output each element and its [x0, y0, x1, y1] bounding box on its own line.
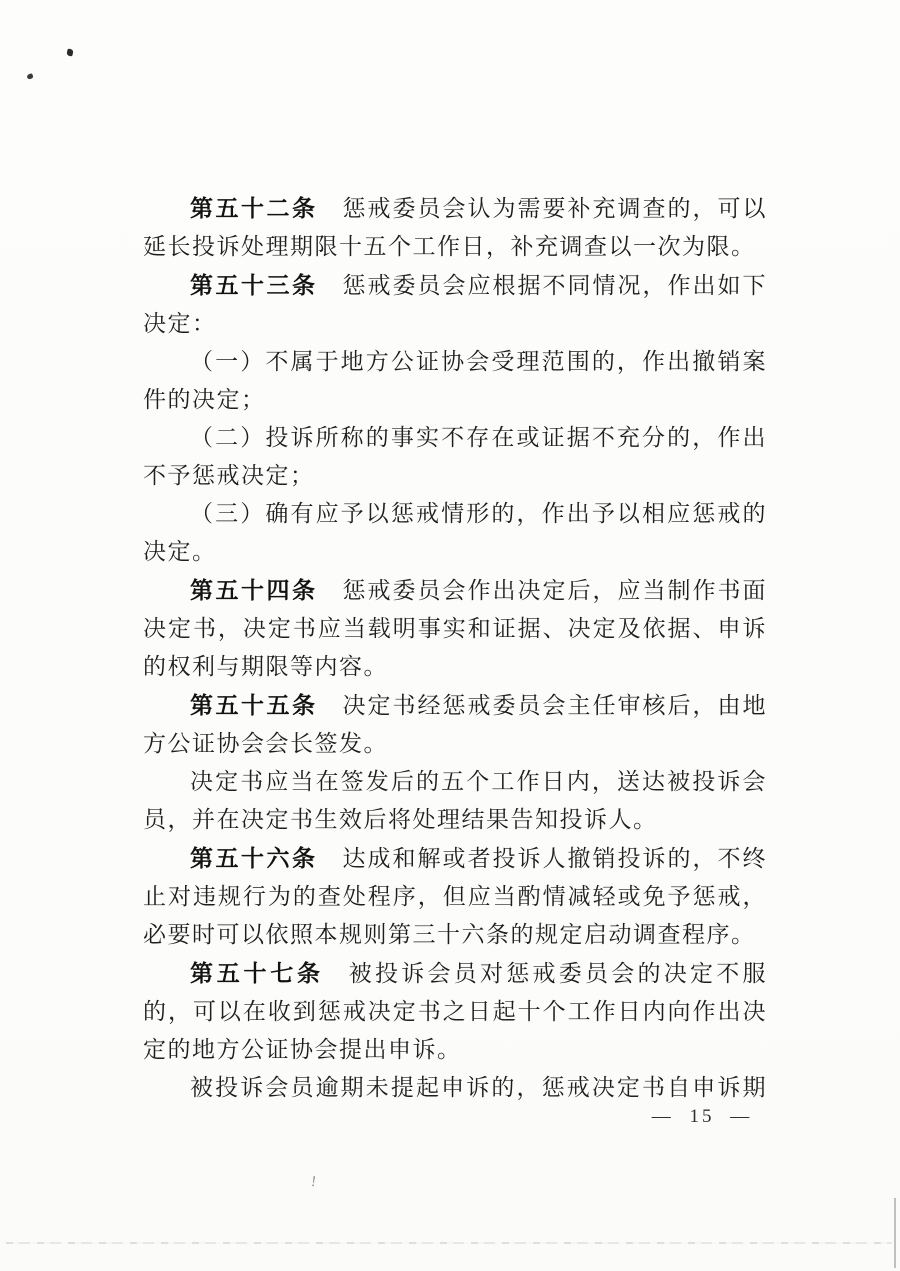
scan-artifact-edge-line [894, 1198, 896, 1268]
paragraph: 第五十六条达成和解或者投诉人撤销投诉的，不终止对违规行为的查处程序，但应当酌情减… [143, 839, 767, 954]
document-body: 第五十二条惩戒委员会认为需要补充调查的，可以延长投诉处理期限十五个工作日，补充调… [143, 189, 767, 1107]
article-number: 第五十二条 [190, 195, 318, 221]
paragraph: （三）确有应予以惩戒情形的，作出予以相应惩戒的决定。 [143, 495, 767, 571]
article-number: 第五十五条 [190, 692, 318, 718]
paragraph-text: （二）投诉所称的事实不存在或证据不充分的，作出不予惩戒决定； [143, 425, 767, 488]
paragraph-text: 决定书应当在签发后的五个工作日内，送达被投诉会员，并在决定书生效后将处理结果告知… [143, 769, 767, 832]
paragraph: 第五十七条被投诉会员对惩戒委员会的决定不服的，可以在收到惩戒决定书之日起十个工作… [143, 954, 767, 1069]
scan-stray-mark: ! [310, 1174, 317, 1192]
paragraph: 第五十三条惩戒委员会应根据不同情况，作出如下决定： [143, 266, 767, 343]
article-number: 第五十三条 [190, 272, 318, 298]
article-number: 第五十七条 [190, 960, 324, 986]
scanned-document-page: 第五十二条惩戒委员会认为需要补充调查的，可以延长投诉处理期限十五个工作日，补充调… [0, 0, 900, 1271]
paragraph: 第五十四条惩戒委员会作出决定后，应当制作书面决定书，决定书应当载明事实和证据、决… [143, 571, 767, 686]
article-number: 第五十六条 [190, 845, 318, 871]
paragraph: 被投诉会员逾期未提起申诉的，惩戒决定书自申诉期 [143, 1069, 767, 1107]
paragraph: （二）投诉所称的事实不存在或证据不充分的，作出不予惩戒决定； [143, 419, 767, 495]
paragraph-text: 被投诉会员逾期未提起申诉的，惩戒决定书自申诉期 [190, 1075, 767, 1100]
paragraph: （一）不属于地方公证协会受理范围的，作出撤销案件的决定； [143, 343, 767, 419]
paragraph: 第五十二条惩戒委员会认为需要补充调查的，可以延长投诉处理期限十五个工作日，补充调… [143, 189, 767, 266]
scan-speck-icon [26, 73, 33, 80]
paragraph: 第五十五条决定书经惩戒委员会主任审核后，由地方公证协会会长签发。 [143, 686, 767, 763]
article-number: 第五十四条 [190, 577, 318, 603]
page-number: — 15 — [642, 1106, 762, 1128]
scan-speck-icon [66, 48, 73, 56]
paragraph: 决定书应当在签发后的五个工作日内，送达被投诉会员，并在决定书生效后将处理结果告知… [143, 763, 767, 839]
paragraph-text: （三）确有应予以惩戒情形的，作出予以相应惩戒的决定。 [143, 501, 767, 564]
scan-artifact-dashed-line [6, 1242, 892, 1244]
paragraph-text: （一）不属于地方公证协会受理范围的，作出撤销案件的决定； [143, 349, 767, 412]
